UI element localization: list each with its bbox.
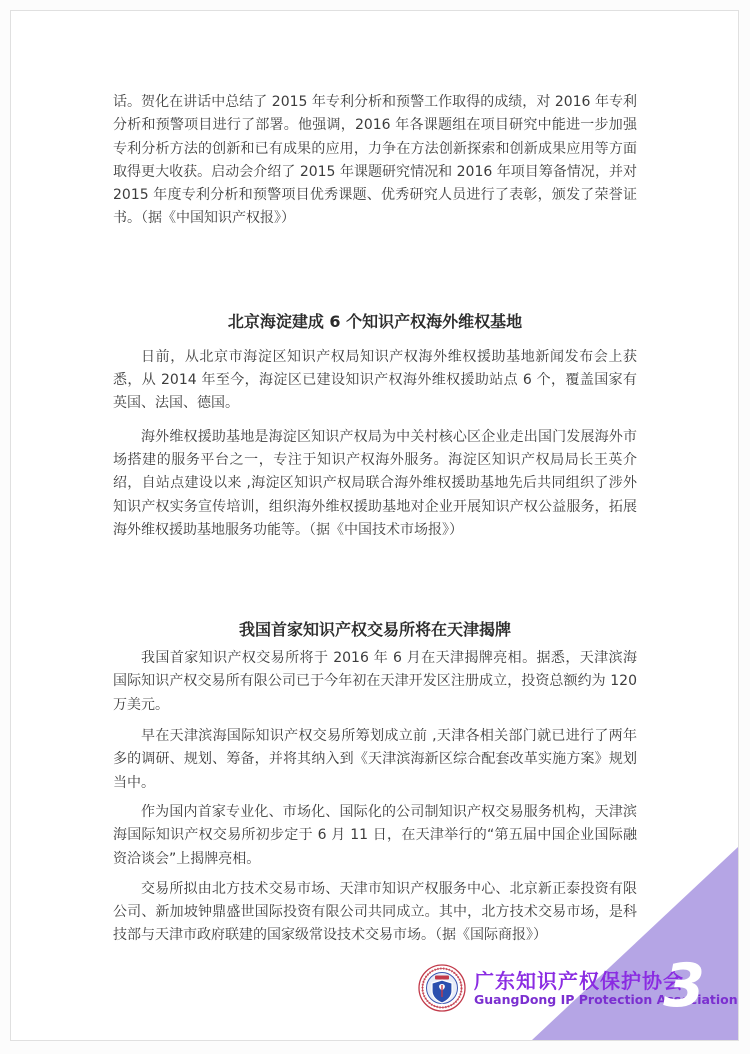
article-2-paragraph: 交易所拟由北方技术交易市场、天津市知识产权服务中心、北京新正泰投资有限公司、新加… <box>113 878 637 948</box>
association-logo <box>418 964 466 1012</box>
article-1-title: 北京海淀建成 6 个知识产权海外维权基地 <box>113 312 637 332</box>
page-number: 3 <box>663 956 705 1016</box>
article-2-title: 我国首家知识产权交易所将在天津揭牌 <box>113 620 637 640</box>
article-2-paragraph: 早在天津滨海国际知识产权交易所筹划成立前 ,天津各相关部门就已进行了两年多的调研… <box>113 725 637 795</box>
article-2-paragraph: 我国首家知识产权交易所将于 2016 年 6 月在天津揭牌亮相。据悉，天津滨海国… <box>113 647 637 717</box>
logo-shield-icon <box>418 964 466 1012</box>
article-2-paragraph: 作为国内首家专业化、市场化、国际化的公司制知识产权交易服务机构，天津滨海国际知识… <box>113 801 637 871</box>
article-1-paragraph: 日前，从北京市海淀区知识产权局知识产权海外维权援助基地新闻发布会上获悉，从 20… <box>113 346 637 416</box>
page-content: 话。贺化在讲话中总结了 2015 年专利分析和预警工作取得的成绩，对 2016 … <box>113 11 637 948</box>
article-1-paragraph: 海外维权援助基地是海淀区知识产权局为中关村核心区企业走出国门发展海外市场搭建的服… <box>113 426 637 542</box>
intro-paragraph: 话。贺化在讲话中总结了 2015 年专利分析和预警工作取得的成绩，对 2016 … <box>113 91 637 231</box>
document-page: 话。贺化在讲话中总结了 2015 年专利分析和预警工作取得的成绩，对 2016 … <box>10 10 739 1041</box>
